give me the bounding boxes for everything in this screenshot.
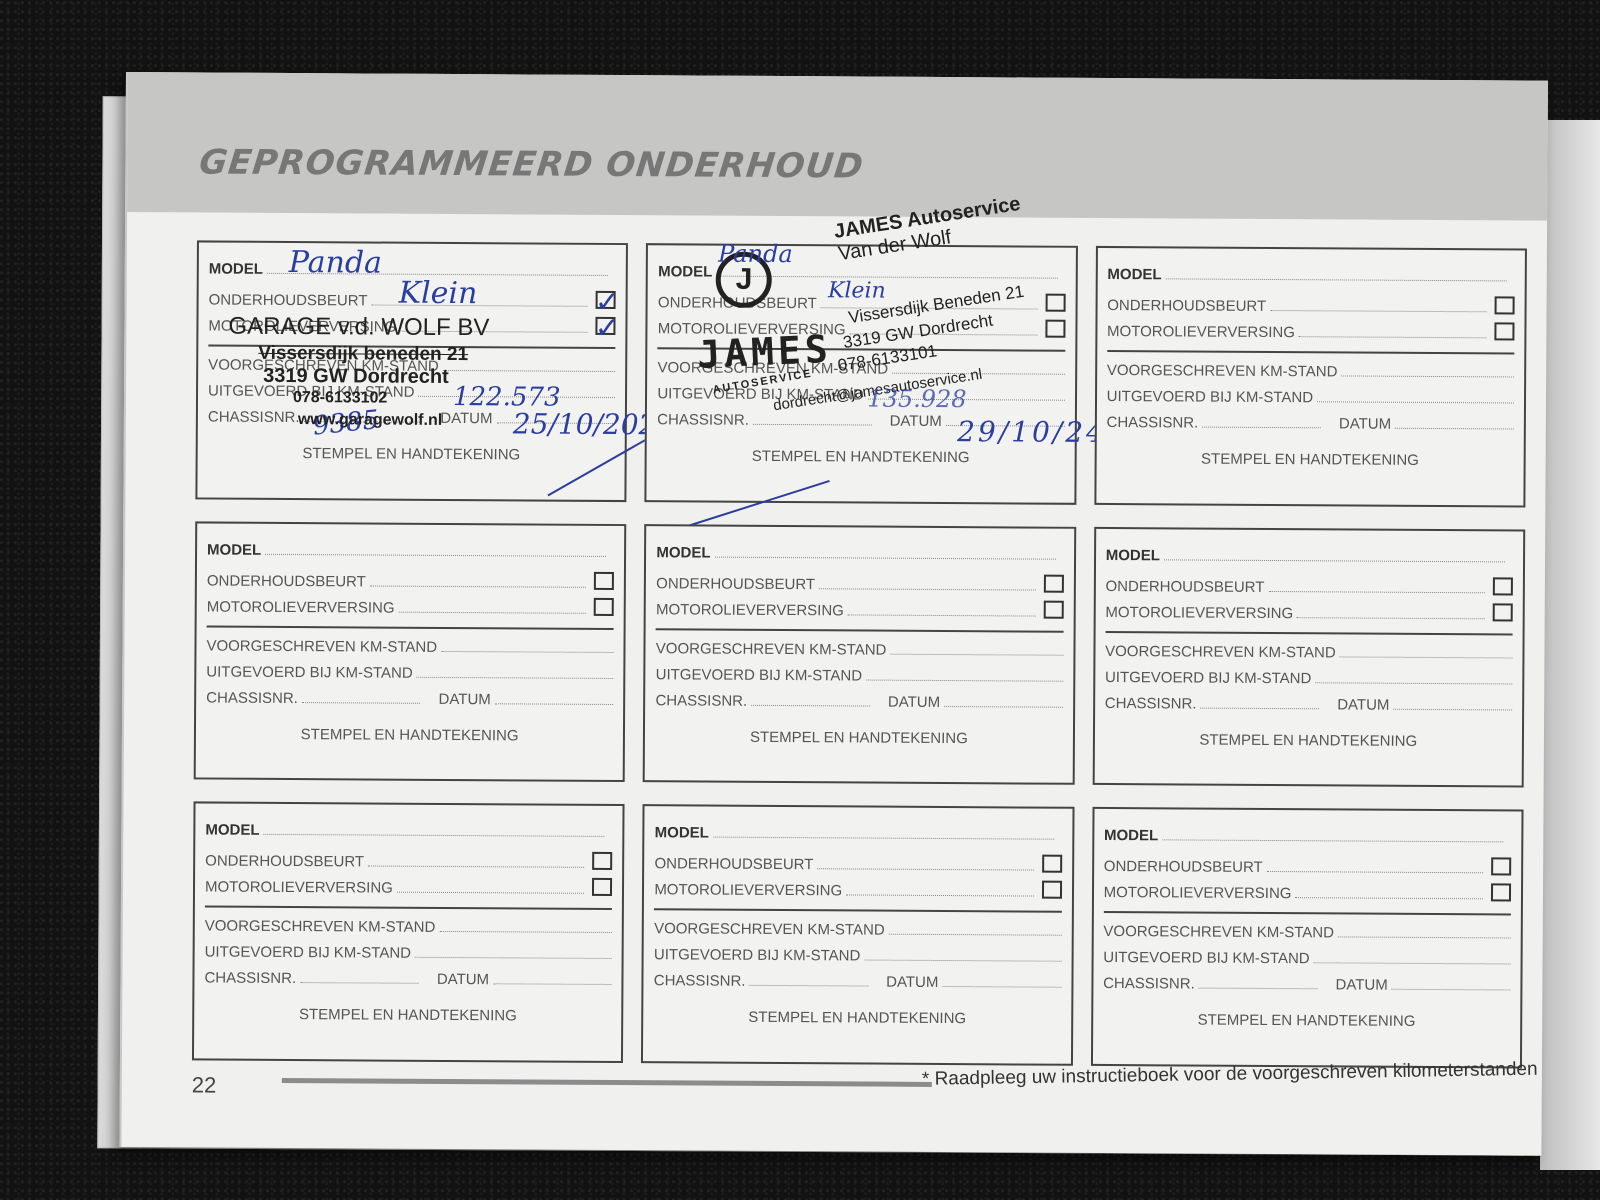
model-label: MODEL [655, 825, 709, 842]
performed-km-field[interactable] [864, 959, 1061, 962]
chassis-field[interactable] [1199, 987, 1318, 990]
oil-change-field[interactable] [397, 891, 585, 894]
prescribed-km-field[interactable] [441, 650, 614, 653]
service-checkbox[interactable] [1493, 577, 1513, 595]
oil-change-checkbox[interactable] [1494, 322, 1514, 340]
chassis-label: CHASSISNR. [1106, 414, 1198, 432]
date-label: DATUM [1337, 696, 1389, 713]
oil-change-field[interactable] [399, 610, 587, 613]
date-label: DATUM [1339, 415, 1391, 432]
prescribed-km-label: VOORGESCHREVEN KM-STAND [1105, 643, 1336, 661]
model-field[interactable] [715, 555, 1056, 559]
oil-change-checkbox[interactable] [1045, 320, 1065, 338]
chassis-label: CHASSISNR. [1105, 695, 1197, 713]
performed-km-label: UITGEVOERD BIJ KM-STAND [1105, 669, 1312, 687]
signature-label: STEMPEL EN HANDTEKENING [655, 728, 1062, 747]
service-label: ONDERHOUDSBEURT [1107, 297, 1266, 315]
maintenance-card: MODEL ONDERHOUDSBEURT MOTOROLIEVERVERSIN… [641, 804, 1074, 1065]
chassis-label: CHASSISNR. [208, 409, 300, 427]
chassis-label: CHASSISNR. [1103, 975, 1195, 993]
chassis-field[interactable] [753, 423, 872, 426]
prescribed-km-field[interactable] [889, 933, 1062, 936]
service-field[interactable] [1267, 870, 1483, 873]
oil-change-label: MOTOROLIEVERVERSING [1104, 884, 1292, 902]
divider [654, 909, 1061, 913]
signature-label: STEMPEL EN HANDTEKENING [1106, 450, 1513, 469]
divider [207, 625, 614, 629]
prescribed-km-label: VOORGESCHREVEN KM-STAND [205, 918, 436, 936]
stamp-web: www.garagewolf.nl [298, 411, 442, 430]
maintenance-card: MODEL ONDERHOUDSBEURT MOTOROLIEVERVERSIN… [194, 521, 627, 782]
oil-change-checkbox[interactable] [594, 598, 614, 616]
signature-label: STEMPEL EN HANDTEKENING [1103, 1011, 1510, 1030]
chassis-field[interactable] [300, 981, 419, 984]
signature-label: STEMPEL EN HANDTEKENING [1105, 731, 1512, 750]
model-label: MODEL [1104, 827, 1158, 844]
signature-label: STEMPEL EN HANDTEKENING [208, 445, 615, 464]
model-label: MODEL [209, 261, 263, 278]
page-title: GEPROGRAMMEERD ONDERHOUD [197, 142, 866, 186]
handwritten-service: Klein [828, 278, 886, 303]
service-label: ONDERHOUDSBEURT [1104, 858, 1263, 876]
prescribed-km-label: VOORGESCHREVEN KM-STAND [1107, 362, 1338, 380]
performed-km-field[interactable] [1314, 962, 1511, 965]
divider [1107, 350, 1514, 354]
chassis-field[interactable] [1202, 426, 1321, 429]
performed-km-field[interactable] [1317, 400, 1514, 403]
service-checkbox[interactable] [592, 852, 612, 870]
oil-change-label: MOTOROLIEVERVERSING [1105, 604, 1293, 622]
page-number: 22 [192, 1072, 217, 1098]
maintenance-card: MODEL ONDERHOUDSBEURT MOTOROLIEVERVERSIN… [645, 243, 1078, 504]
performed-km-label: UITGEVOERD BIJ KM-STAND [1107, 388, 1314, 406]
footer-bar [282, 1078, 932, 1087]
date-field[interactable] [493, 983, 612, 986]
chassis-field[interactable] [302, 701, 421, 704]
chassis-label: CHASSISNR. [655, 692, 747, 710]
service-label: ONDERHOUDSBEURT [654, 856, 813, 874]
oil-check-mark: ✓ [595, 311, 620, 346]
oil-change-field[interactable] [1297, 616, 1485, 619]
model-label: MODEL [658, 263, 712, 280]
service-field[interactable] [819, 587, 1035, 590]
maintenance-grid: MODEL ONDERHOUDSBEURT MOTOROLIEVERVERSIN… [192, 240, 1527, 1068]
chassis-label: CHASSISNR. [657, 411, 749, 429]
performed-km-label: UITGEVOERD BIJ KM-STAND [206, 663, 413, 681]
oil-change-field[interactable] [848, 613, 1036, 616]
service-checkbox[interactable] [1045, 294, 1065, 312]
performed-km-label: UITGEVOERD BIJ KM-STAND [654, 947, 861, 965]
service-label: ONDERHOUDSBEURT [1105, 578, 1264, 596]
stamp-brand: JAMES [697, 327, 833, 377]
performed-km-field[interactable] [415, 956, 612, 959]
service-label: ONDERHOUDSBEURT [207, 572, 366, 590]
chassis-label: CHASSISNR. [204, 970, 296, 988]
oil-change-label: MOTOROLIEVERVERSING [1107, 323, 1295, 341]
service-checkbox[interactable] [594, 572, 614, 590]
handwritten-model: Panda [289, 245, 382, 281]
divider [1105, 631, 1512, 635]
service-checkbox[interactable] [1043, 574, 1063, 592]
oil-change-checkbox[interactable] [1042, 881, 1062, 899]
prescribed-km-label: VOORGESCHREVEN KM-STAND [1103, 923, 1334, 941]
oil-change-label: MOTOROLIEVERVERSING [654, 882, 842, 900]
maintenance-card: MODEL ONDERHOUDSBEURT MOTOROLIEVERVERSIN… [1092, 527, 1525, 788]
prescribed-km-label: VOORGESCHREVEN KM-STAND [654, 921, 885, 939]
stamp-phone: 078-6133102 [293, 389, 387, 408]
prescribed-km-field[interactable] [1341, 374, 1514, 377]
maintenance-card: MODEL ONDERHOUDSBEURT MOTOROLIEVERVERSIN… [1091, 807, 1524, 1068]
date-label: DATUM [1335, 977, 1387, 994]
date-field[interactable] [1393, 707, 1512, 710]
model-field[interactable] [265, 553, 606, 557]
handwritten-service: Klein [399, 276, 478, 311]
prescribed-km-label: VOORGESCHREVEN KM-STAND [206, 637, 437, 655]
booklet-page: GEPROGRAMMEERD ONDERHOUD MODEL ONDERHOUD… [119, 72, 1548, 1156]
prescribed-km-field[interactable] [1338, 936, 1511, 939]
stamp-garage-name: GARAGE v.d. WOLF BV [228, 313, 489, 343]
service-label: ONDERHOUDSBEURT [205, 853, 364, 871]
service-field[interactable] [368, 865, 584, 868]
divider [656, 628, 1063, 632]
right-page-edge [1540, 120, 1600, 1170]
model-field[interactable] [1162, 839, 1503, 843]
service-field[interactable] [817, 868, 1033, 871]
maintenance-card: MODEL ONDERHOUDSBEURT MOTOROLIEVERVERSIN… [643, 524, 1076, 785]
divider [1104, 911, 1511, 915]
oil-change-checkbox[interactable] [1043, 600, 1063, 618]
handwritten-performed-km: 135.928 [867, 385, 966, 414]
handwritten-model: Panda [718, 240, 793, 268]
model-label: MODEL [205, 822, 259, 839]
performed-km-label: UITGEVOERD BIJ KM-STAND [656, 666, 863, 684]
signature-label: STEMPEL EN HANDTEKENING [654, 1009, 1061, 1028]
service-field[interactable] [1268, 590, 1484, 593]
oil-change-checkbox[interactable] [1493, 603, 1513, 621]
model-label: MODEL [207, 541, 261, 558]
service-label: ONDERHOUDSBEURT [209, 292, 368, 310]
signature-label: STEMPEL EN HANDTEKENING [206, 725, 613, 744]
service-checkbox[interactable] [1495, 296, 1515, 314]
prescribed-km-field[interactable] [439, 930, 612, 933]
model-field[interactable] [1166, 277, 1507, 281]
maintenance-card: MODEL ONDERHOUDSBEURT MOTOROLIEVERVERSIN… [192, 802, 625, 1063]
service-field[interactable] [1270, 309, 1486, 312]
signature-label: STEMPEL EN HANDTEKENING [204, 1006, 611, 1025]
service-field[interactable] [370, 584, 586, 587]
model-label: MODEL [656, 544, 710, 561]
date-field[interactable] [495, 702, 614, 705]
model-field[interactable] [1164, 558, 1505, 562]
date-field[interactable] [942, 985, 1061, 988]
stamp-city: 3319 GW Dordrecht [263, 365, 449, 389]
oil-change-field[interactable] [1295, 896, 1483, 899]
date-label: DATUM [890, 413, 942, 430]
oil-change-field[interactable] [1299, 335, 1487, 338]
date-label: DATUM [888, 693, 940, 710]
service-checkbox[interactable] [1042, 855, 1062, 873]
date-label: DATUM [440, 410, 492, 427]
oil-change-label: MOTOROLIEVERVERSING [207, 598, 395, 616]
prescribed-km-label: VOORGESCHREVEN KM-STAND [656, 640, 887, 658]
chassis-field[interactable] [751, 703, 870, 706]
chassis-field[interactable] [1200, 706, 1319, 709]
handwritten-date: 29/10/24 [957, 415, 1107, 449]
date-field[interactable] [1392, 988, 1511, 991]
oil-change-label: MOTOROLIEVERVERSING [205, 879, 393, 897]
maintenance-card: MODEL ONDERHOUDSBEURT MOTOROLIEVERVERSIN… [195, 240, 628, 501]
date-label: DATUM [886, 974, 938, 991]
performed-km-label: UITGEVOERD BIJ KM-STAND [1103, 949, 1310, 967]
signature-label: STEMPEL EN HANDTEKENING [657, 447, 1064, 466]
stamp-address: Vissersdijk beneden 21 [258, 343, 468, 366]
model-field[interactable] [264, 833, 605, 837]
model-label: MODEL [1106, 547, 1160, 564]
date-field[interactable] [944, 705, 1063, 708]
oil-change-label: MOTOROLIEVERVERSING [656, 601, 844, 619]
date-label: DATUM [437, 971, 489, 988]
chassis-label: CHASSISNR. [206, 689, 298, 707]
maintenance-card: MODEL ONDERHOUDSBEURT MOTOROLIEVERVERSIN… [1094, 246, 1527, 507]
model-label: MODEL [1107, 266, 1161, 283]
model-field[interactable] [713, 836, 1054, 840]
signature-scribble [687, 480, 831, 527]
performed-km-label: UITGEVOERD BIJ KM-STAND [205, 944, 412, 962]
oil-change-checkbox[interactable] [1491, 884, 1511, 902]
service-checkbox[interactable] [1491, 858, 1511, 876]
date-label: DATUM [439, 691, 491, 708]
prescribed-km-field[interactable] [1340, 655, 1513, 658]
performed-km-field[interactable] [417, 675, 614, 678]
performed-km-field[interactable] [866, 678, 1063, 681]
date-field[interactable] [1395, 427, 1514, 430]
performed-km-field[interactable] [1315, 681, 1512, 684]
oil-change-field[interactable] [846, 894, 1034, 897]
prescribed-km-field[interactable] [890, 652, 1063, 655]
chassis-label: CHASSISNR. [654, 973, 746, 991]
prescribed-km-field[interactable] [443, 369, 616, 372]
divider [205, 906, 612, 910]
chassis-field[interactable] [749, 984, 868, 987]
service-label: ONDERHOUDSBEURT [656, 575, 815, 593]
oil-change-checkbox[interactable] [592, 878, 612, 896]
